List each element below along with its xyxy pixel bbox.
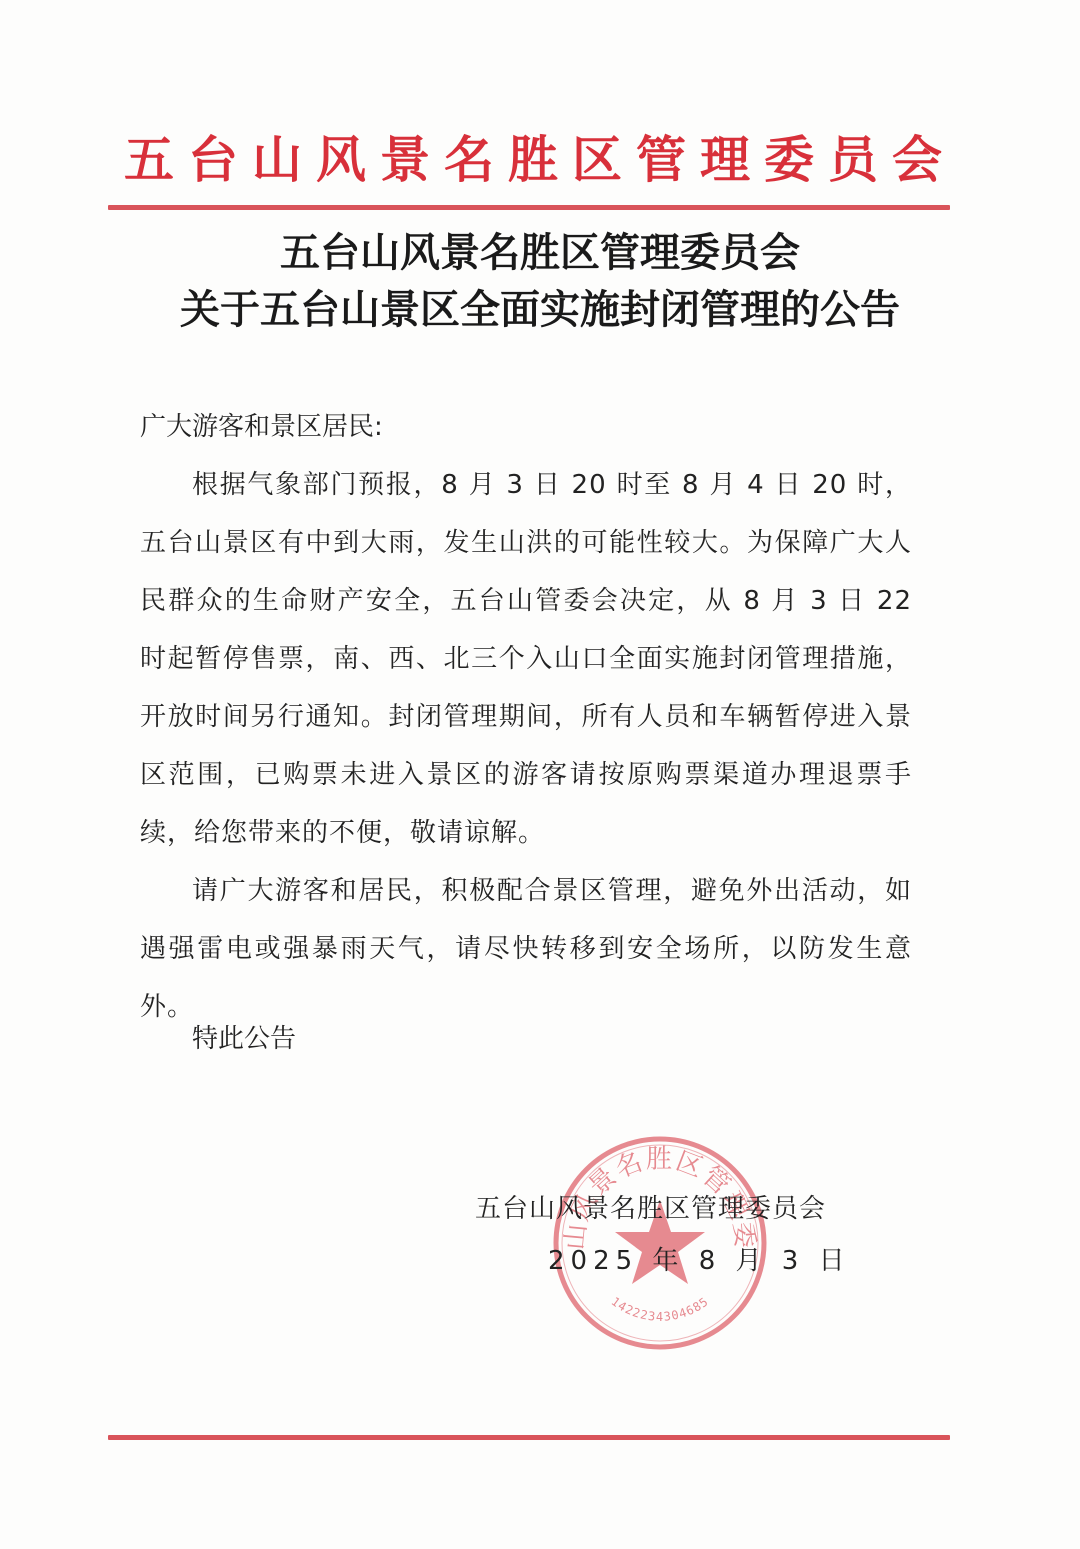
signature-date: 2025 年 8 月 3 日 — [548, 1232, 948, 1290]
paragraph-1: 根据气象部门预报，8 月 3 日 20 时至 8 月 4 日 20 时，五台山景… — [140, 456, 912, 862]
svg-text:1422234304685: 1422234304685 — [609, 1294, 712, 1323]
salutation: 广大游客和景区居民: — [140, 398, 940, 456]
document-title-line-1: 五台山风景名胜区管理委员会 — [0, 225, 1080, 281]
footer-rule-bottom — [108, 1435, 950, 1440]
document-title-line-2: 关于五台山景区全面实施封闭管理的公告 — [0, 282, 1080, 338]
letterhead: 五台山风景名胜区管理委员会 — [0, 120, 1080, 200]
letterhead-rule-top — [108, 205, 950, 210]
signature-organization: 五台山风景名胜区管理委员会 — [475, 1180, 875, 1238]
closing-line: 特此公告 — [140, 1010, 940, 1068]
